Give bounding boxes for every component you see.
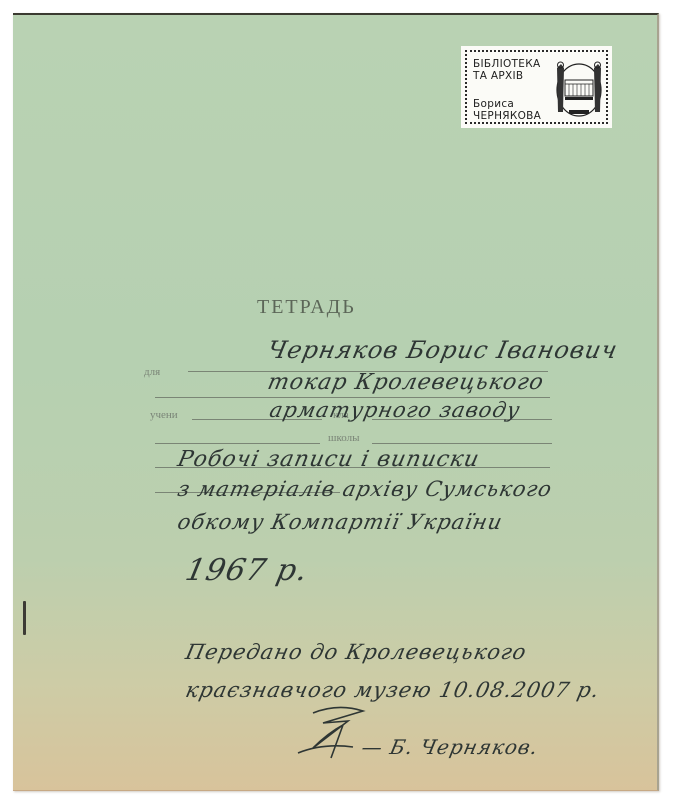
handwritten-owner-name: Черняков Борис Іванович bbox=[265, 336, 620, 364]
stamp-line-surname: ЧЕРНЯКОВА bbox=[473, 110, 541, 122]
library-stamp: БІБЛІОТЕКА ТА АРХІВ Бориса ЧЕРНЯКОВА bbox=[461, 46, 612, 128]
stamp-line-library: БІБЛІОТЕКА bbox=[473, 58, 540, 70]
stamp-owner: Бориса ЧЕРНЯКОВА bbox=[473, 98, 541, 122]
label-student: учени bbox=[150, 409, 178, 421]
library-emblem-icon bbox=[551, 54, 607, 122]
handwritten-transfer-2: краєзнавчого музею 10.08.2007 р. bbox=[183, 678, 602, 702]
label-school: школы bbox=[328, 432, 360, 444]
handwritten-owner-job: токар Кролевецького bbox=[265, 370, 546, 395]
handwritten-signature-name: — Б. Черняков. bbox=[359, 735, 540, 759]
stamp-line-archive: ТА АРХІВ bbox=[473, 70, 540, 82]
form-line-4 bbox=[155, 443, 320, 444]
label-for: для bbox=[144, 366, 160, 378]
notebook-title: ТЕТРАДЬ bbox=[257, 296, 356, 319]
handwritten-subject-2: з матеріалів архіву Сумського bbox=[175, 477, 554, 501]
form-line-school bbox=[372, 443, 552, 444]
handwritten-subject-3: обкому Компартії України bbox=[175, 510, 505, 534]
handwritten-owner-workplace: арматурного заводу bbox=[267, 398, 522, 422]
staple bbox=[23, 601, 26, 635]
stamp-title: БІБЛІОТЕКА ТА АРХІВ bbox=[473, 58, 540, 82]
handwritten-year: 1967 р. bbox=[182, 553, 311, 588]
stamp-line-first-name: Бориса bbox=[473, 98, 541, 110]
handwritten-transfer-1: Передано до Кролевецького bbox=[183, 640, 529, 664]
handwritten-subject-1: Робочі записи і виписки bbox=[175, 447, 482, 472]
